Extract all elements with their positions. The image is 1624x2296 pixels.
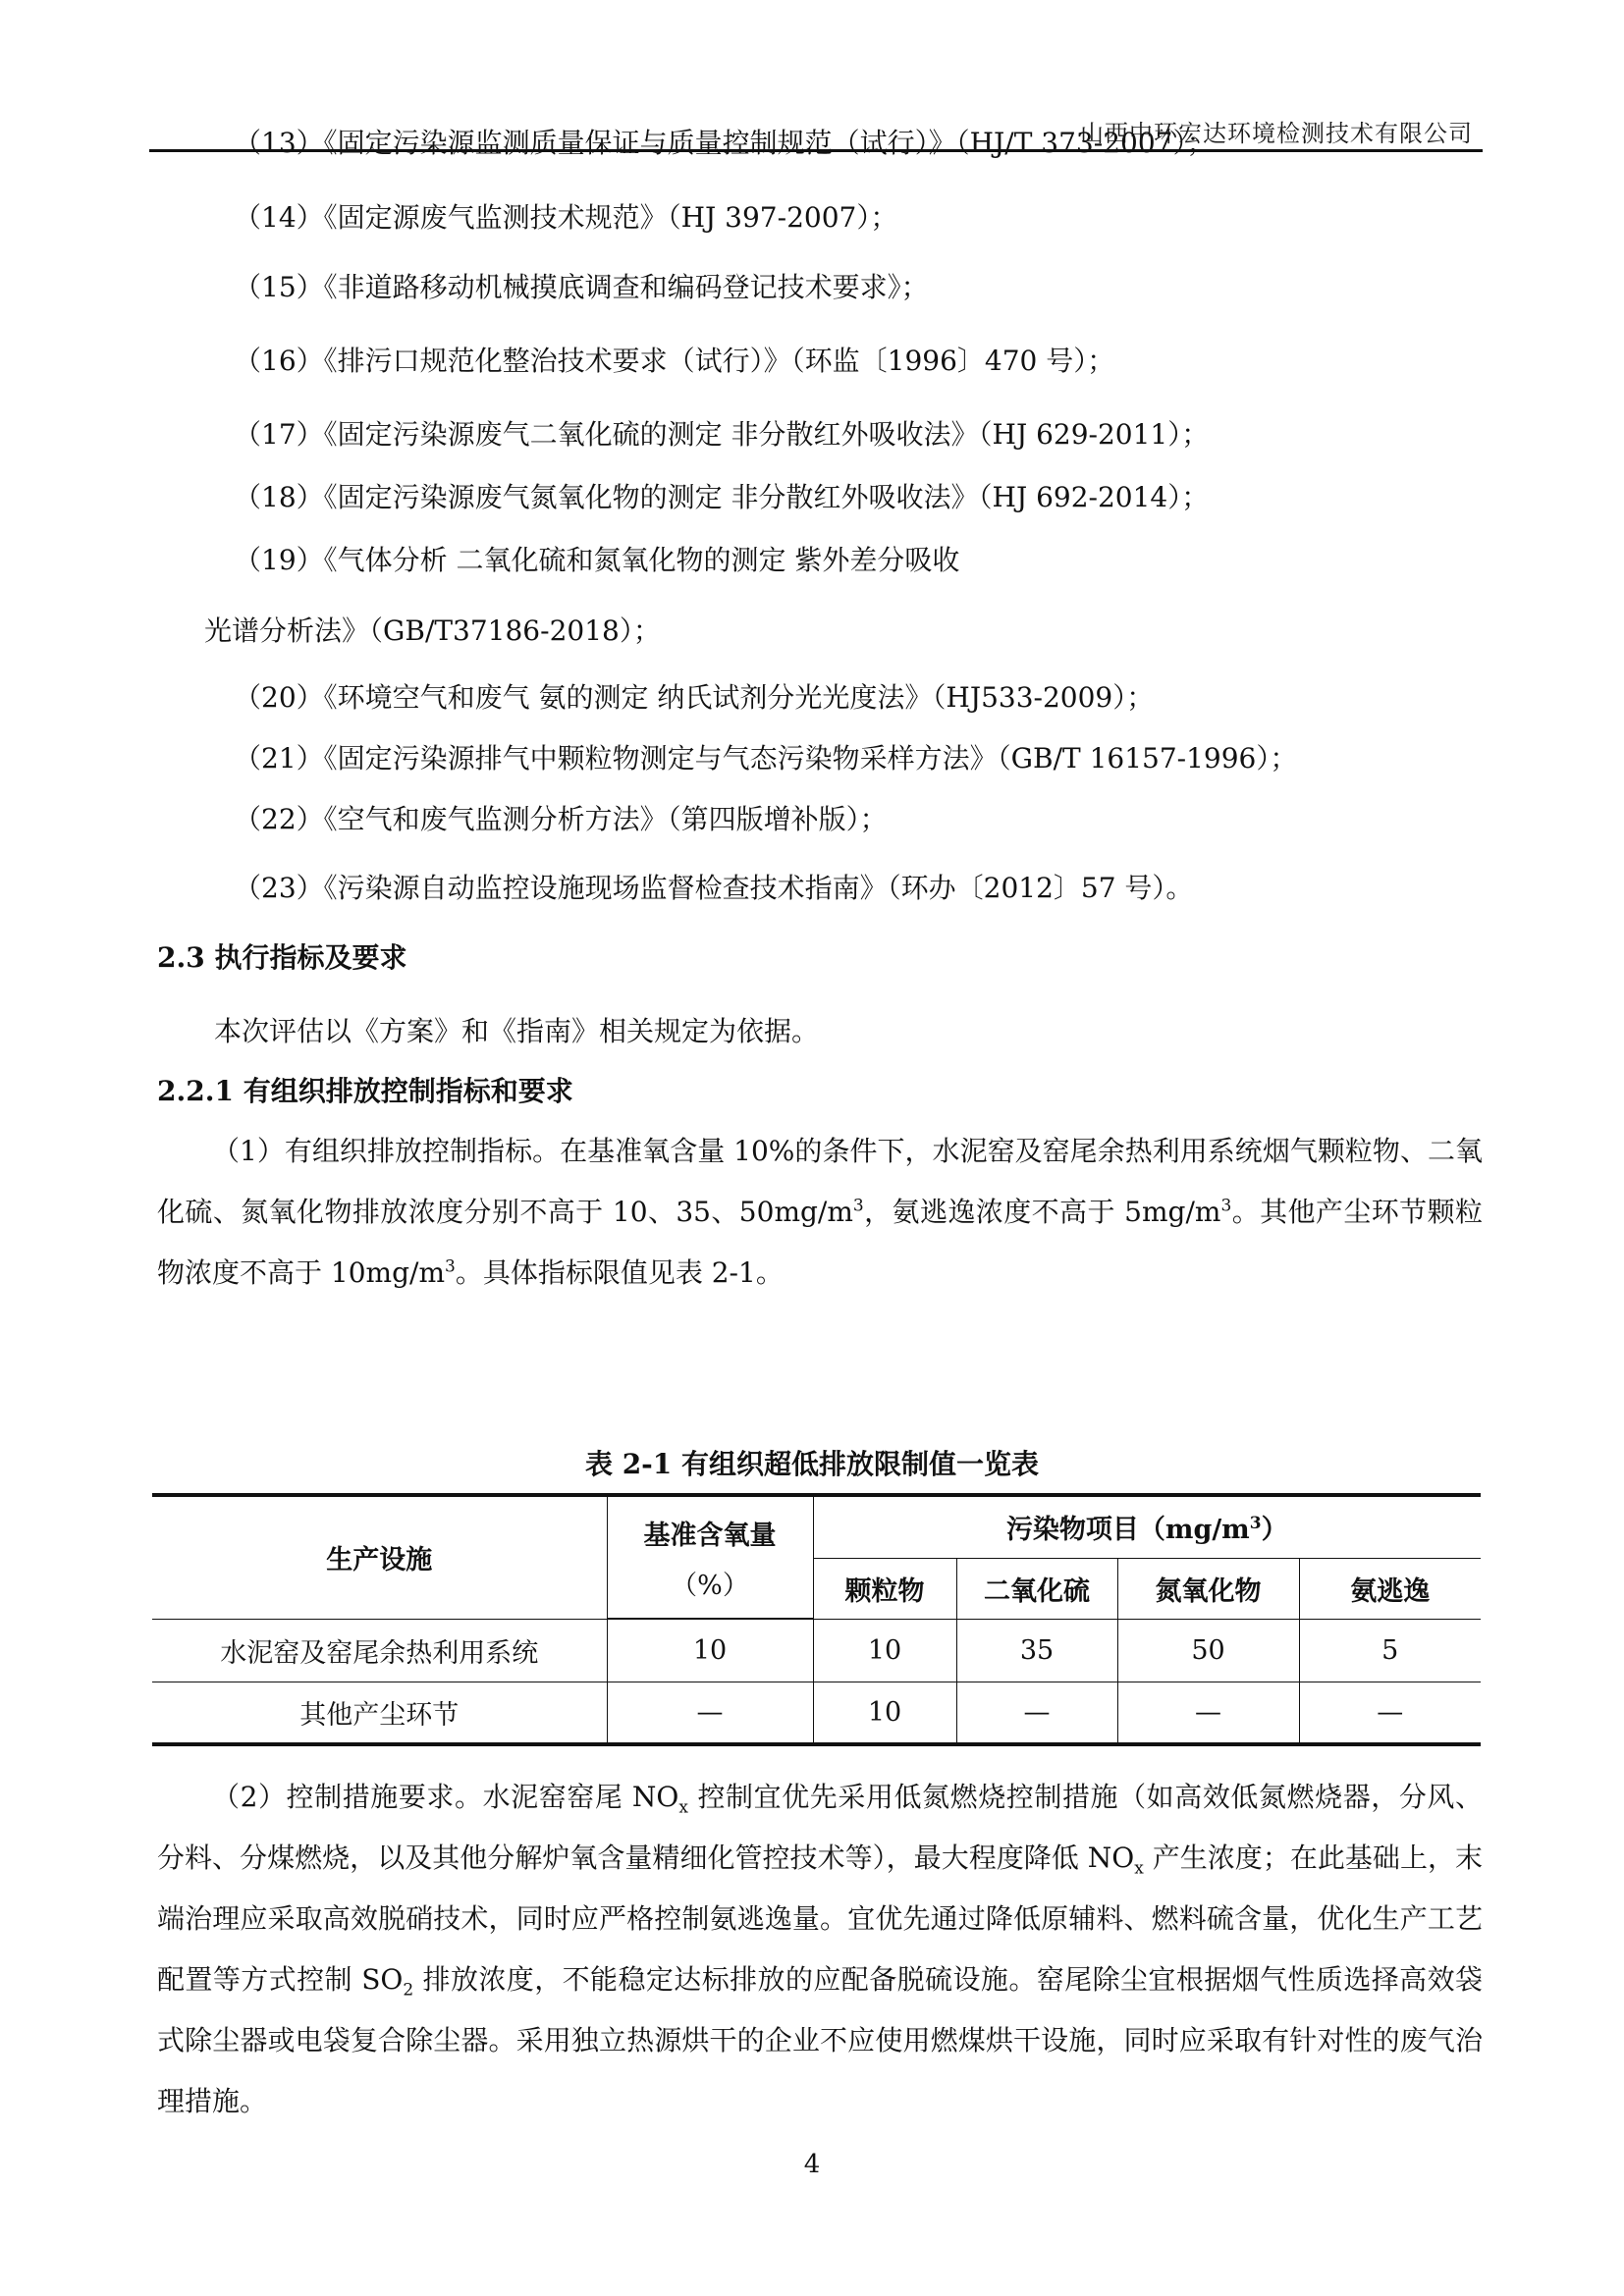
header-facility: 生产设施 xyxy=(152,1495,607,1619)
table-caption: 表 2-1 有组织超低排放限制值一览表 xyxy=(0,1443,1624,1482)
paragraph-emission-limits: （1）有组织排放控制指标。在基准氧含量 10%的条件下，水泥窑及窑尾余热利用系统… xyxy=(157,1121,1483,1304)
reference-item: （13）《固定污染源监测质量保证与质量控制规范（试行）》（HJ/T 373-20… xyxy=(234,126,1214,161)
table-row: 水泥窑及窑尾余热利用系统 10 10 35 50 5 xyxy=(152,1619,1481,1682)
reference-item: （20）《环境空气和废气 氨的测定 纳氏试剂分光光度法》（HJ533-2009）… xyxy=(234,680,1154,716)
header-ammonia-slip: 氨逃逸 xyxy=(1299,1558,1481,1619)
table-row: 其他产尘环节 — 10 — — — xyxy=(152,1682,1481,1744)
header-nox: 氮氧化物 xyxy=(1117,1558,1299,1619)
header-oxygen: 基准含氧量 （%） xyxy=(607,1495,813,1619)
reference-item: （18）《固定污染源废气氮氧化物的测定 非分散红外吸收法》（HJ 692-201… xyxy=(234,480,1209,515)
cell-facility: 其他产尘环节 xyxy=(152,1682,607,1744)
reference-item: （19）《气体分析 二氧化硫和氮氧化物的测定 紫外差分吸收 xyxy=(234,543,959,578)
reference-item: （23）《污染源自动监控设施现场监督检查技术指南》（环办〔2012〕57 号）。 xyxy=(234,871,1193,906)
cell-particulate: 10 xyxy=(813,1619,956,1682)
cell-facility: 水泥窑及窑尾余热利用系统 xyxy=(152,1619,607,1682)
cell-nox: — xyxy=(1117,1682,1299,1744)
section-heading-2-2-1: 2.2.1 有组织排放控制指标和要求 xyxy=(157,1074,573,1109)
cell-so2: — xyxy=(956,1682,1117,1744)
reference-item: （21）《固定污染源排气中颗粒物测定与气态污染物采样方法》（GB/T 16157… xyxy=(234,741,1297,776)
reference-item: （14）《固定源废气监测技术规范》（HJ 397-2007）； xyxy=(234,200,897,236)
header-so2: 二氧化硫 xyxy=(956,1558,1117,1619)
emission-limits-table: 生产设施 基准含氧量 （%） 污染物项目（mg/m3） 颗粒物 二氧化硫 氮氧化… xyxy=(152,1493,1481,1746)
cell-so2: 35 xyxy=(956,1619,1117,1682)
cell-particulate: 10 xyxy=(813,1682,956,1744)
reference-item: （16）《排污口规范化整治技术要求（试行）》（环监〔1996〕470 号）； xyxy=(234,344,1114,379)
cell-nox: 50 xyxy=(1117,1619,1299,1682)
section-intro: 本次评估以《方案》和《指南》相关规定为依据。 xyxy=(214,1014,819,1049)
cell-ammonia-slip: 5 xyxy=(1299,1619,1481,1682)
cell-oxygen: — xyxy=(607,1682,813,1744)
cell-oxygen: 10 xyxy=(607,1619,813,1682)
page-number: 4 xyxy=(0,2150,1624,2179)
reference-item-continuation: 光谱分析法》（GB/T37186-2018）； xyxy=(204,614,661,649)
header-pollutants-group: 污染物项目（mg/m3） xyxy=(813,1495,1481,1558)
paragraph-control-measures: （2）控制措施要求。水泥窑窑尾 NOx 控制宜优先采用低氮燃烧控制措施（如高效低… xyxy=(157,1767,1483,2132)
reference-item: （22）《空气和废气监测分析方法》（第四版增补版）； xyxy=(234,802,888,837)
header-particulate: 颗粒物 xyxy=(813,1558,956,1619)
reference-item: （17）《固定污染源废气二氧化硫的测定 非分散红外吸收法》（HJ 629-201… xyxy=(234,417,1209,453)
section-heading-2-3: 2.3 执行指标及要求 xyxy=(157,940,406,976)
cell-ammonia-slip: — xyxy=(1299,1682,1481,1744)
reference-item: （15）《非道路移动机械摸底调查和编码登记技术要求》； xyxy=(234,270,929,305)
